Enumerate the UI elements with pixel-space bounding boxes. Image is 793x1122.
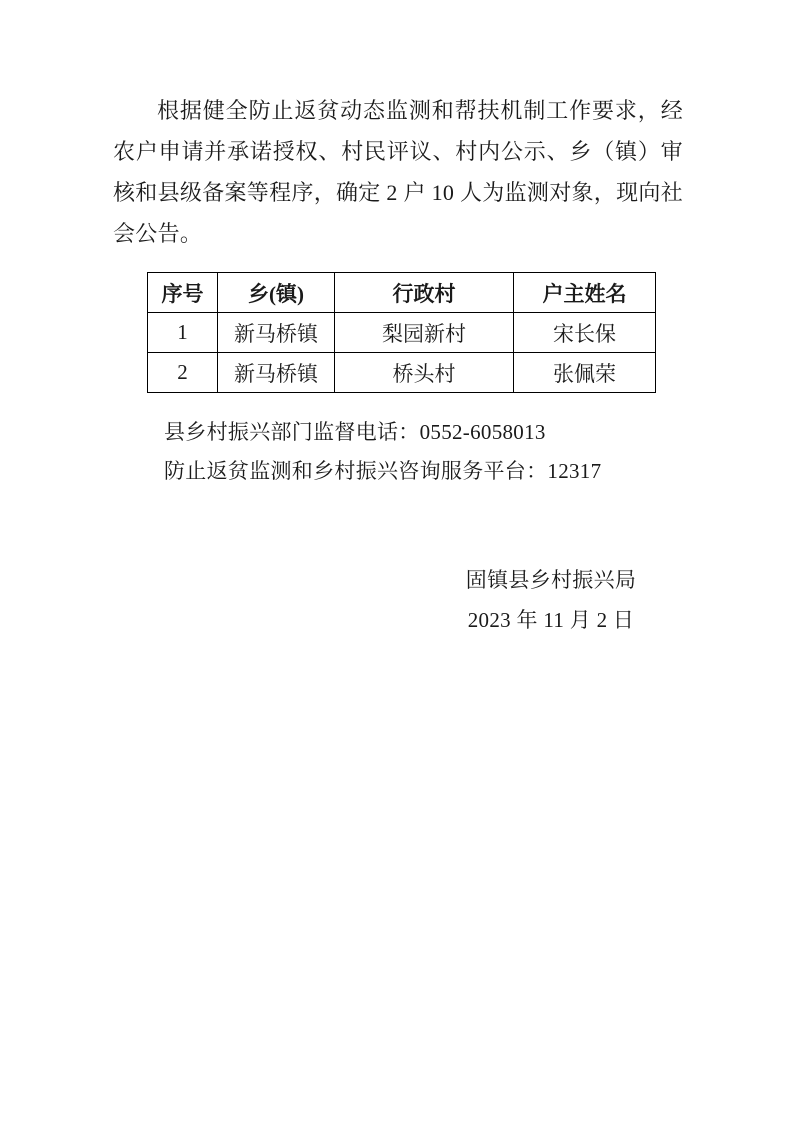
cell-village: 桥头村 — [335, 353, 514, 393]
cell-town: 新马桥镇 — [218, 313, 335, 353]
table-header-row: 序号 乡(镇) 行政村 户主姓名 — [148, 273, 656, 313]
contact-info: 县乡村振兴部门监督电话：0552-6058013 防止返贫监测和乡村振兴咨询服务… — [164, 413, 601, 491]
issuing-agency: 固镇县乡村振兴局 — [420, 560, 682, 600]
column-header-householder: 户主姓名 — [514, 273, 656, 313]
cell-town: 新马桥镇 — [218, 353, 335, 393]
cell-index: 2 — [148, 353, 218, 393]
column-header-village: 行政村 — [335, 273, 514, 313]
cell-index: 1 — [148, 313, 218, 353]
signature-block: 固镇县乡村振兴局 2023 年 11 月 2 日 — [420, 560, 682, 640]
issue-date: 2023 年 11 月 2 日 — [420, 600, 682, 640]
monitoring-targets-table: 序号 乡(镇) 行政村 户主姓名 1 新马桥镇 梨园新村 宋长保 2 新马桥镇 … — [147, 272, 656, 393]
notice-body-paragraph: 根据健全防止返贫动态监测和帮扶机制工作要求，经农户申请并承诺授权、村民评议、村内… — [113, 90, 683, 254]
cell-householder: 宋长保 — [514, 313, 656, 353]
supervision-phone-line: 县乡村振兴部门监督电话：0552-6058013 — [164, 413, 601, 452]
table-row: 1 新马桥镇 梨园新村 宋长保 — [148, 313, 656, 353]
cell-village: 梨园新村 — [335, 313, 514, 353]
column-header-town: 乡(镇) — [218, 273, 335, 313]
service-platform-line: 防止返贫监测和乡村振兴咨询服务平台：12317 — [164, 452, 601, 491]
document-page: 根据健全防止返贫动态监测和帮扶机制工作要求，经农户申请并承诺授权、村民评议、村内… — [0, 0, 793, 1122]
column-header-index: 序号 — [148, 273, 218, 313]
cell-householder: 张佩荣 — [514, 353, 656, 393]
table-row: 2 新马桥镇 桥头村 张佩荣 — [148, 353, 656, 393]
